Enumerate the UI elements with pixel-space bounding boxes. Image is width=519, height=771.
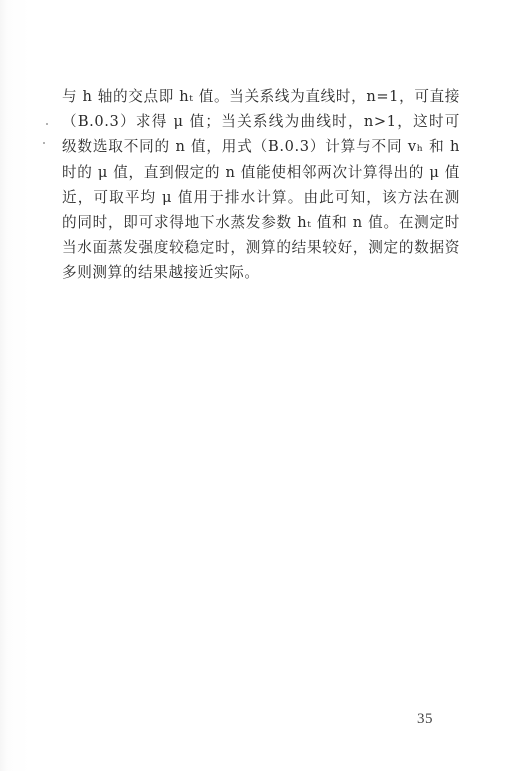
text-line-3: 级数选取不同的 n 值，用式（B.0.3）计算与不同 vₕ 和 h 相对应 (62, 134, 460, 159)
scan-speck (46, 123, 48, 125)
scan-speck (43, 142, 45, 144)
text-line-1: 与 h 轴的交点即 hₜ 值。当关系线为直线时，n=1，可直接用式 (62, 84, 460, 109)
body-paragraph: 与 h 轴的交点即 hₜ 值。当关系线为直线时，n=1，可直接用式 （B.0.3… (62, 84, 460, 286)
text-line-4: 时的 μ 值，直到假定的 n 值能使相邻两次计算得出的 μ 值相接 (62, 160, 460, 185)
text-line-2: （B.0.3）求得 μ 值；当关系线为曲线时，n>1，这时可按等差 (62, 109, 460, 134)
page-number: 35 (417, 711, 433, 728)
text-line-5: 近，可取平均 μ 值用于排水计算。由此可知，该方法在测算 μ 值 (62, 185, 460, 210)
text-line-7: 当水面蒸发强度较稳定时，测算的结果较好，测定的数据资料越 (62, 235, 460, 260)
text-line-6: 的同时，即可求得地下水蒸发参数 hₜ 值和 n 值。在测定时段内， (62, 210, 460, 235)
text-line-8: 多则测算的结果越接近实际。 (62, 260, 460, 285)
document-page: 与 h 轴的交点即 hₜ 值。当关系线为直线时，n=1，可直接用式 （B.0.3… (0, 0, 519, 771)
